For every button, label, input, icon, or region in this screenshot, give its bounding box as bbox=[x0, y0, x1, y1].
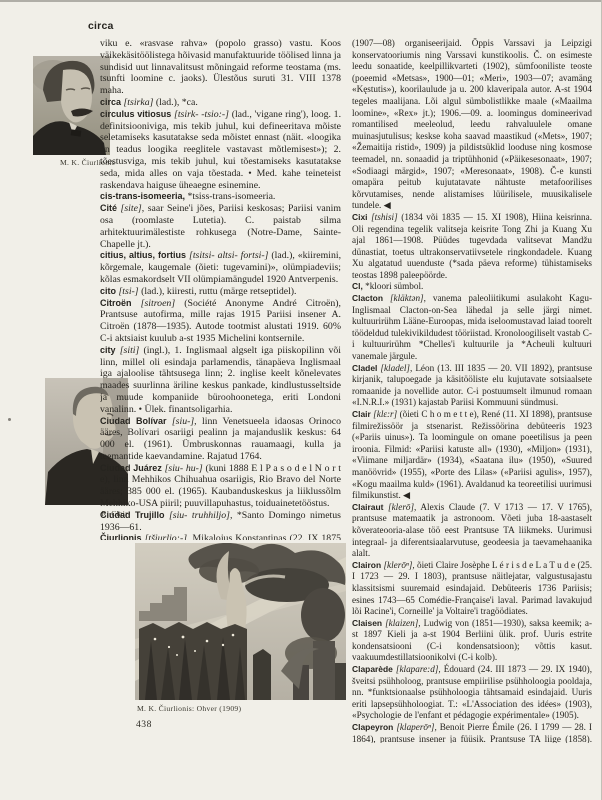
entry-body: vanema paleoliitikumi asulakoht Kagu-Ing… bbox=[352, 293, 592, 361]
entry-body: *tsiss-trans-isomeeria. bbox=[188, 191, 276, 202]
encyclopedia-entry: circulus vitiosus [tsirk- -tsio:-] (lad.… bbox=[100, 109, 341, 192]
encyclopedia-entry: Clairaut [klerō], Alexis Claude (7. V 17… bbox=[352, 502, 592, 560]
scan-edge-artifact bbox=[0, 0, 602, 2]
entry-body: *kloori sümbol. bbox=[365, 281, 423, 291]
entry-pronunciation: [tsirka] bbox=[123, 97, 153, 108]
encyclopedia-entry: Clacton [kläktən], vanema paleoliitikumi… bbox=[352, 293, 592, 363]
entry-pronunciation: [siu- truhhiljo], bbox=[169, 510, 233, 521]
entry-pronunciation: [tshisi] bbox=[371, 212, 398, 222]
entry-pronunciation: [siu- hu-] bbox=[165, 463, 203, 474]
entry-pronunciation: [klerōⁿ], bbox=[383, 560, 414, 570]
painting-image-ohver bbox=[135, 543, 346, 700]
entry-term: Cladel bbox=[352, 363, 377, 373]
entry-body: (1834 või 1835 — 15. XI 1908), Hiina kei… bbox=[352, 212, 592, 280]
page-number: 438 bbox=[136, 719, 152, 730]
entry-term: Claparède bbox=[352, 664, 393, 674]
encyclopedia-entry: circa [tsirka] (lad.), *ca. bbox=[100, 97, 341, 109]
entry-pronunciation: [tšiurlio:-], bbox=[145, 533, 190, 540]
encyclopedia-entry: Čiurlionis [tšiurlio:-], Mikalojus Konst… bbox=[100, 533, 341, 540]
entry-pronunciation: [klaperōⁿ], bbox=[396, 722, 436, 732]
entry-term: circulus vitiosus bbox=[100, 109, 171, 119]
encyclopedia-entry: Cladel [kladel], Léon (13. III 1835 — 20… bbox=[352, 363, 592, 409]
entry-term: Clairaut bbox=[352, 502, 383, 512]
running-head: circa bbox=[88, 20, 114, 32]
encyclopedia-entry: cito [tsi-] (lad.), kiiresti, ruttu (mär… bbox=[100, 286, 341, 298]
painting-ohver-caption: M. K. Čiurlionis: Ohver (1909) bbox=[137, 704, 241, 713]
entry-term: Clacton bbox=[352, 293, 383, 303]
encyclopedia-entry: Ciudad Trujillo [siu- truhhiljo], *Santo… bbox=[100, 510, 341, 534]
entry-term: Clapeyron bbox=[352, 722, 393, 732]
entry-pronunciation: [klaizen], bbox=[385, 618, 420, 628]
encyclopedia-entry: Cixi [tshisi] (1834 või 1835 — 15. XI 19… bbox=[352, 212, 592, 282]
entry-term: Cité bbox=[100, 203, 117, 213]
entry-term: Cixi bbox=[352, 212, 368, 222]
encyclopedia-page: circa M. K. Čiurlionis bbox=[0, 0, 602, 800]
entry-body: (lad., 'vigane ring'), loog. 1. definits… bbox=[100, 109, 341, 191]
entry-term: Čiurlionis bbox=[100, 533, 142, 540]
scan-speck bbox=[8, 418, 11, 421]
encyclopedia-entry: Clair [klε:r] (õieti C h o m e t t e), R… bbox=[352, 409, 592, 502]
entry-term: city bbox=[100, 345, 116, 355]
entry-pronunciation: [siu-], bbox=[172, 416, 197, 427]
entry-term: Citroën bbox=[100, 298, 132, 308]
entry-term: Ciudad Bolívar bbox=[100, 416, 166, 426]
encyclopedia-entry: (1907—08) organiseerijaid. Õppis Varssav… bbox=[352, 38, 592, 212]
encyclopedia-entry: Claisen [klaizen], Ludwig von (1851—1930… bbox=[352, 618, 592, 664]
portrait-photo-ciurlionis-image bbox=[33, 56, 110, 155]
entry-term: Clairon bbox=[352, 560, 381, 570]
entry-pronunciation: [tsi-] bbox=[118, 286, 138, 297]
encyclopedia-entry: cis-trans-isomeeria, *tsiss-trans-isomee… bbox=[100, 191, 341, 203]
entry-pronunciation: [siti] bbox=[120, 345, 140, 356]
entry-body: (Société Anonyme André Citroën), Prantsu… bbox=[100, 298, 341, 344]
encyclopedia-entry: viku e. «rasvase rahva» (popolo grasso) … bbox=[100, 38, 341, 97]
entry-term: cis-trans-isomeeria, bbox=[100, 191, 185, 201]
entry-body: (lad.), kiiresti, ruttu (märge retseptid… bbox=[141, 286, 296, 297]
encyclopedia-entry: Ciudad Juárez [siu- hu-] (kuni 1888 E l … bbox=[100, 463, 341, 510]
encyclopedia-entry: Clairon [klerōⁿ], õieti Claire Josèphe L… bbox=[352, 560, 592, 618]
entry-term: Clair bbox=[352, 409, 371, 419]
entry-pronunciation: [klε:r] bbox=[373, 409, 397, 419]
entry-term: citius, altius, fortius bbox=[100, 250, 186, 260]
encyclopedia-entry: Ciudad Bolívar [siu-], linn Venetsueela … bbox=[100, 416, 341, 463]
entry-pronunciation: [kläktən], bbox=[390, 293, 426, 303]
encyclopedia-entry: Cité [site], saar Seine'i jões, Pariisi … bbox=[100, 203, 341, 250]
encyclopedia-entry: Cl, *kloori sümbol. bbox=[352, 281, 592, 293]
entry-pronunciation: [kladel], bbox=[380, 363, 412, 373]
entry-body: (lad.), *ca. bbox=[156, 97, 198, 108]
encyclopedia-entry: citius, altius, fortius [tsitsi- altsi- … bbox=[100, 250, 341, 285]
entry-body: (1907—08) organiseerijaid. Õppis Varssav… bbox=[352, 38, 592, 210]
encyclopedia-entry: Claparède [klapare:d], Édouard (24. III … bbox=[352, 664, 592, 722]
entry-pronunciation: [klerō], bbox=[388, 502, 416, 512]
painting-ohver-artwork bbox=[135, 543, 346, 700]
entry-term: cito bbox=[100, 286, 116, 296]
encyclopedia-entry: city [siti] (ingl.), 1. Inglismaal algse… bbox=[100, 345, 341, 416]
entry-pronunciation: [klapare:d], bbox=[396, 664, 441, 674]
entry-term: Ciudad Juárez bbox=[100, 463, 162, 473]
entry-body: viku e. «rasvase rahva» (popolo grasso) … bbox=[100, 38, 341, 96]
text-column-right: (1907—08) organiseerijaid. Õppis Varssav… bbox=[352, 38, 592, 743]
entry-pronunciation: [tsitsi- altsi- fortsi-] bbox=[189, 250, 268, 261]
entry-pronunciation: [sitroen] bbox=[141, 298, 175, 309]
encyclopedia-entry: Clapeyron [klaperōⁿ], Benoit Pierre Émil… bbox=[352, 722, 592, 743]
portrait-photo-ciurlionis bbox=[33, 56, 110, 155]
entry-body: (õieti C h o m e t t e), René (11. XI 18… bbox=[352, 409, 592, 500]
entry-term: Claisen bbox=[352, 618, 382, 628]
text-column-left: viku e. «rasvase rahva» (popolo grasso) … bbox=[100, 38, 341, 540]
entry-term: Ciudad Trujillo bbox=[100, 510, 165, 520]
entry-pronunciation: [site], bbox=[121, 203, 145, 214]
entry-term: circa bbox=[100, 97, 121, 107]
entry-pronunciation: [tsirk- -tsio:-] bbox=[174, 109, 229, 120]
encyclopedia-entry: Citroën [sitroen] (Société Anonyme André… bbox=[100, 298, 341, 345]
entry-term: Cl, bbox=[352, 281, 363, 291]
